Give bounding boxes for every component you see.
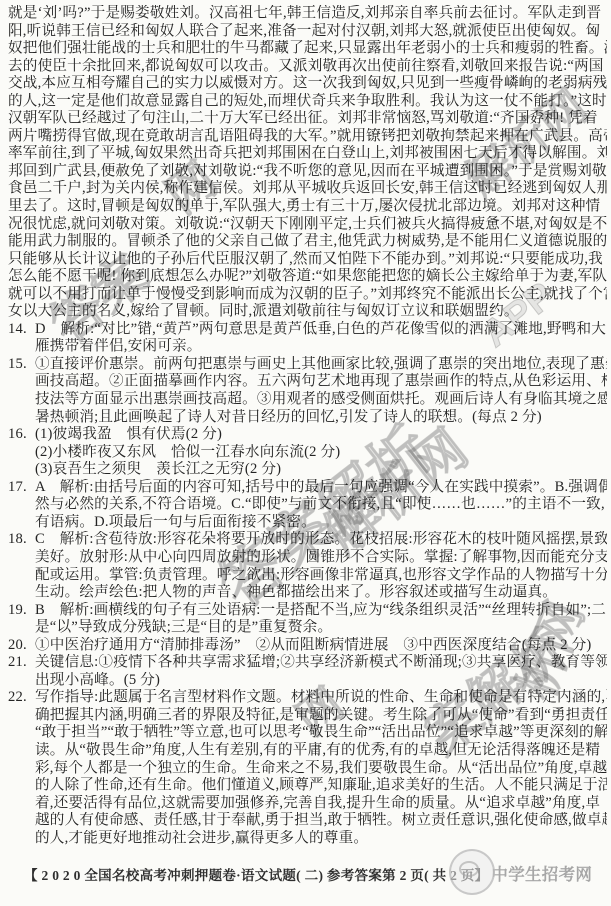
text-line: 的人,这一定是他们故意显露自己的短处,而埋伏奇兵来争取胜利。我认为这一仗不能打。… (8, 93, 607, 111)
text-line: 阳,听说韩王信已经和匈奴人联合了起来,准备一起对付汉朝,刘邦大怒,就派使臣出使匈… (8, 23, 607, 41)
text-line: 两片嘴捞得官做,现在竟敢胡言乱语阻碍我的大军。”就用镣铐把刘敬拘禁起来押在广武县… (8, 128, 607, 146)
footer-text: 【 2 0 2 0 全国名校高考冲刺押题卷·语文试题( 二) 参考答案第 2 页… (24, 868, 475, 883)
text-line: 况很忧虑,就问刘敬对策。刘敬说:“汉朝天下刚刚平定,士兵们被兵火搞得疲惫不堪,对… (8, 216, 607, 234)
text-line: 17.A 解析:由括号后面的内容可知,括号中的最后一句应强调“今人在实践中摸索”… (8, 479, 607, 497)
answer-number: 16. (8, 426, 35, 444)
text-line: 雁携带着伴侣,安闲可亲。 (8, 338, 607, 356)
text-line: 奴把他们强壮能战的士兵和肥壮的牛马都藏了起来,只显露出年老弱小的士兵和瘦弱的牲畜… (8, 40, 607, 58)
text-line: 邦回到广武县,便赦免了刘敬,对刘敬说:“我不听您的意见,因而在平城遭到围困。”于… (8, 163, 607, 181)
text-line: (3)哀吾生之须臾 羡长江之无穷(2 分) (8, 461, 607, 479)
text-line: 配或运用。掌管:负责管理。呼之欲出:形容画像非常逼真,也形容文学作品的人物描写十… (8, 567, 607, 585)
answer-number: 19. (8, 602, 35, 620)
text-line: 是“以”导致成分残缺;三是“目的是”重复赘余。 (8, 619, 607, 637)
text-line: “敢于担当”“敢于牺牲”等立意,也可以思考“敬畏生命”“活出品位”“追求卓越”等… (8, 724, 607, 742)
text-line: 着,还要活得有品位,这就需要加强修养,完善自我,提升生命的质量。从“追求卓越”角… (8, 795, 607, 813)
answer-number: 15. (8, 356, 35, 374)
text-line: 技法等方面显示出惠崇画技高超。③用观者的感受侧面烘托。观画后诗人有身临其境之感, (8, 391, 607, 409)
text-line: 美好。放射形:从中心向四周放射的形状。圆锥形不合实际。掌握:了解事物,因而能充分… (8, 549, 607, 567)
text-line: 就可以不用打而让单于慢慢受到影响而成为汉朝的臣子。”刘邦终究不能派出长公主,就找… (8, 286, 607, 304)
scanned-answer-sheet-page: 网答案APP答案解析解析网解析网案解析析网网 就是‘刘’吗?”于是赐娄敬姓刘。汉… (0, 0, 611, 906)
text-line: 率军前往,到了平城,匈奴果然出奇兵把刘邦围困在白登山上,刘邦被围困七天后才得以解… (8, 145, 607, 163)
text-line: 能用武力制服的。冒顿杀了他的父亲自己做了君主,他凭武力树威势,是不能用仁义道德说… (8, 233, 607, 251)
answer-number: 21. (8, 654, 35, 672)
text-line: 汉朝军队已经越过了句注山,二十万大军已经出征。刘邦非常恼怒,骂刘敬道:“齐国孬种… (8, 110, 607, 128)
page-footer: 【 2 0 2 0 全国名校高考冲刺押题卷·语文试题( 二) 参考答案第 2 页… (24, 861, 592, 885)
text-line: 15.①直接评价惠崇。前两句把惠崇与画史上其他画家比较,强调了惠崇的突出地位,表… (8, 356, 607, 374)
text-line: 彩,每个人都是一个独立的生命。生命来之不易,我们要敬畏生命。从“活出品位”角度,… (8, 760, 607, 778)
text-line: 的人,才能更好地推动社会进步,赢得更多人的尊重。 (8, 830, 607, 848)
answer-number: 14. (8, 321, 35, 339)
text-line: 暑热顿消;且此画唤起了诗人对昔日经历的回忆,引发了诗人的联想。(每点 2 分) (8, 409, 607, 427)
text-line: 出现小高峰。(5 分) (8, 672, 607, 690)
text-line: 读。从“敬畏生命”角度,人生有差别,有的平庸,有的优秀,有的卓越,但无论活得落魄… (8, 742, 607, 760)
text-line: 20.①中医治疗通用方“清肺排毒汤” ②从而阻断病情进展 ③中西医深度结合(每点… (8, 637, 607, 655)
text-line: 19.B 解析:画横线的句子有三处语病:一是搭配不当,应为“线条组织灵活”“丝理… (8, 602, 607, 620)
text-line: 里去了。这时,冒顿是匈奴的单于,军队强大,勇士有三十万,屡次侵扰北部边境。刘邦对… (8, 198, 607, 216)
text-line: (2)小楼昨夜又东风 恰似一江春水向东流(2 分) (8, 444, 607, 462)
text-line: 去的使臣十余批回来,都说匈奴可以攻击。又派刘敬再次出使前往察看,刘敬回来报告说:… (8, 58, 607, 76)
text-line: 16.(1)彼竭我盈 惧有伏焉(2 分) (8, 426, 607, 444)
text-line: 越的人有使命感、责任感,甘于奉献,勇于担当,敢于牺牲。树立责任意识,强化使命感,… (8, 812, 607, 830)
text-line: 22.写作指导:此题属于名言型材料作文题。材料中所说的性命、生命和使命是有特定内… (8, 689, 607, 707)
text-line: 女以大公主的名义,嫁给了冒顿。同时,派遣刘敬前往与匈奴订立议和联姻盟约。 (8, 303, 607, 321)
answer-number: 20. (8, 637, 35, 655)
text-line: 就是‘刘’吗?”于是赐娄敬姓刘。汉高祖七年,韩王信造反,刘邦亲自率兵前去征讨。军… (8, 5, 607, 23)
text-line: 只能够从长计议让他的子孙后代臣服汉朝了,然而又怕陛下不能办到。”刘邦说:“只要能… (8, 251, 607, 269)
text-line: 画技高超。②正面描摹画作内容。五六两句艺术地再现了惠崇画作的特点,从色彩运用、构… (8, 373, 607, 391)
document-lines: 就是‘刘’吗?”于是赐娄敬姓刘。汉高祖七年,韩王信造反,刘邦亲自率兵前去征讨。军… (8, 5, 607, 847)
text-line: 生动。绘声绘色:把人物的声音、神色都描绘出来了。形容叙述或描写生动逼真。 (8, 584, 607, 602)
text-line: 食邑二千户,封为关内侯,称作建信侯。刘邦从平城收兵返回长安,韩王信这时已经逃到匈… (8, 180, 607, 198)
answer-number: 17. (8, 479, 35, 497)
footer-site-watermark: 中学生招考网 (491, 866, 592, 884)
text-line: 交战,本应互相夸耀自己的实力以威慑对方。这一次我到匈奴,只见到一些瘦骨嶙峋的老弱… (8, 75, 607, 93)
answer-number: 22. (8, 689, 35, 707)
text-line: 21.关键信息:①疫情下各种共享需求猛增;②共享经济新模式不断涌现;③共享医疗、… (8, 654, 607, 672)
site-logo-stamp-icon (449, 849, 495, 895)
text-line: 怎么能不愿干呢! 你到底想怎么办呢?”刘敬答道:“如果您能把您的嫡长公主嫁给单于… (8, 268, 607, 286)
text-line: 18.C 解析:含苞待放:形容花朵将要开放时的形态。花枝招展:形容花木的枝叶随风… (8, 531, 607, 549)
text-line: 14.D 解析:“对比”错,“黄芦”两句意思是黄芦低垂,白色的芦花像雪似的洒满了… (8, 321, 607, 339)
text-line: 的人除了性命,还有生命。他们懂道义,顾尊严,知廉耻,追求美好的生活。人不能只满足… (8, 777, 607, 795)
text-line: 确把握其内涵,明确三者的界限及特征,是审题的关键。考生除了可从“使命”看到“勇担… (8, 707, 607, 725)
text-line: 然与必然的关系,不符合语境。C.“即使”与前文不衔接,且“即使……也……”的主语… (8, 496, 607, 514)
answer-number: 18. (8, 531, 35, 549)
text-line: 有语病。D.项最后一句与后面衔接不紧密。 (8, 514, 607, 532)
